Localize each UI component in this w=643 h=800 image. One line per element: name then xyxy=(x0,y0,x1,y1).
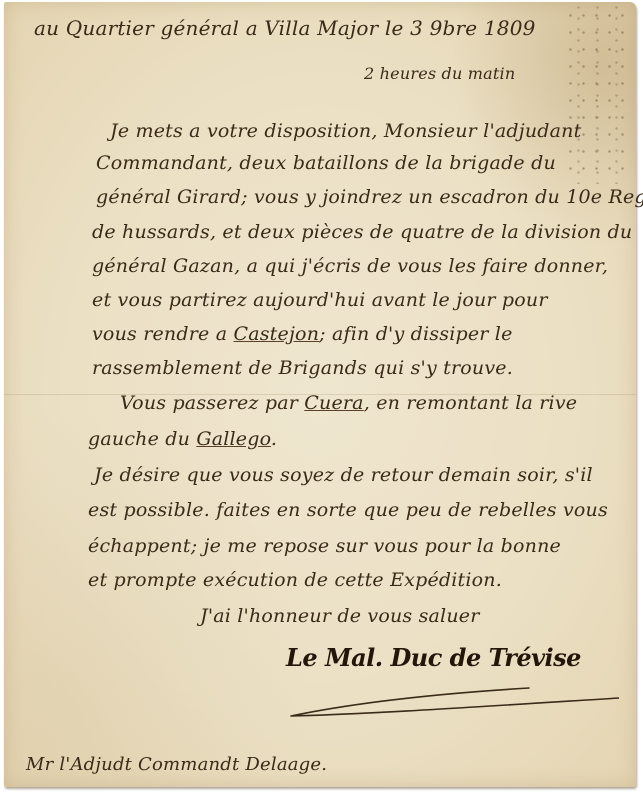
signature: Le Mal. Duc de Trévise xyxy=(286,643,581,672)
body-line-5: général Gazan, a qui j'écris de vous les… xyxy=(92,255,608,277)
time-line: 2 heures du matin xyxy=(364,64,515,83)
body-line-14: et prompte exécution de cette Expédition… xyxy=(88,569,502,591)
body-line-11: Je désire que vous soyez de retour demai… xyxy=(94,464,593,486)
addressee-line: Mr l'Adjudt Commandt Delaage. xyxy=(26,754,327,775)
foxing-spots xyxy=(562,4,632,184)
letter-paper: au Quartier général a Villa Major le 3 9… xyxy=(4,2,636,787)
place-date-line: au Quartier général a Villa Major le 3 9… xyxy=(34,16,536,40)
body-line-10: gauche du Gallego. xyxy=(88,428,277,450)
place-name: Castejon xyxy=(233,323,319,345)
body-line-3: général Girard; vous y joindrez un escad… xyxy=(96,186,643,208)
place-name: Cuera xyxy=(304,392,363,414)
body-line-6: et vous partirez aujourd'hui avant le jo… xyxy=(92,289,548,311)
place-name: Gallego xyxy=(196,428,271,450)
body-line-9: Vous passerez par Cuera, en remontant la… xyxy=(120,392,577,414)
closing-salutation: J'ai l'honneur de vous saluer xyxy=(200,605,480,627)
body-line-2: Commandant, deux bataillons de la brigad… xyxy=(96,152,556,174)
body-line-13: échappent; je me repose sur vous pour la… xyxy=(88,535,561,557)
body-line-7: vous rendre a Castejon; afin d'y dissipe… xyxy=(92,323,513,345)
body-line-1: Je mets a votre disposition, Monsieur l'… xyxy=(110,120,581,142)
body-line-8: rassemblement de Brigands qui s'y trouve… xyxy=(92,357,513,379)
signature-flourish xyxy=(289,682,619,722)
body-line-12: est possible. faites en sorte que peu de… xyxy=(88,499,608,521)
body-line-4: de hussards, et deux pièces de quatre de… xyxy=(92,221,632,243)
